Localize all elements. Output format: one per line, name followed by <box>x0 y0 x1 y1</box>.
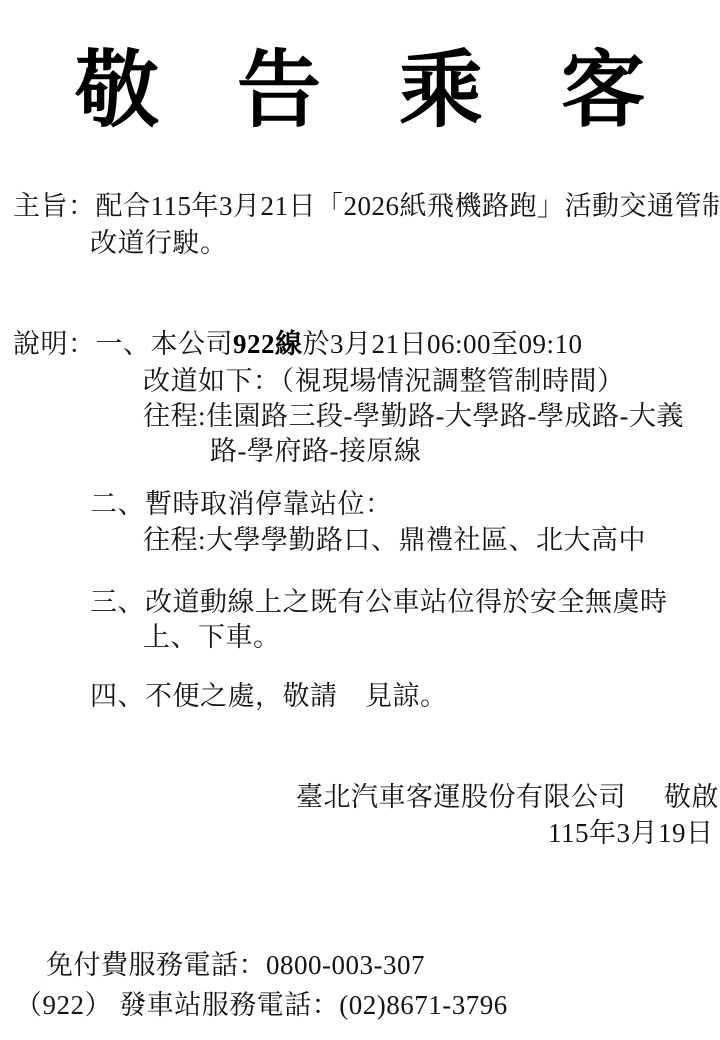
item-3-text: 改道動線上之既有公車站位得於安全無虞時 <box>145 587 668 617</box>
signature-spacer <box>626 782 664 813</box>
description-item-3-line-2: 上、下車。 <box>143 622 281 653</box>
item-3-text-continued: 上、下車。 <box>143 622 281 652</box>
detour-route-outbound-continued: 路-學府路-接原線 <box>210 436 421 466</box>
notice-date: 115年3月19日 <box>548 818 714 848</box>
toll-free-number: 0800-003-307 <box>266 950 425 980</box>
station-phone-number: (02)8671-3796 <box>339 990 507 1020</box>
description-item-1-line-3: 往程:佳園路三段-學勤路-大學路-學成路-大義 <box>143 401 684 432</box>
item-4-number: 四、 <box>90 681 145 711</box>
title-char-1: 敬 <box>75 50 159 134</box>
description-item-2-line-1: 二、暫時取消停靠站位： <box>90 489 393 520</box>
station-phone-line: （922） 發車站服務電話：(02)8671-3796 <box>15 990 508 1021</box>
item-1-number: 一、 <box>96 329 151 359</box>
route-number-bold: 922線 <box>233 329 303 359</box>
description-item-1-line-1: 說明：一、本公司922線於3月21日06:00至09:10 <box>13 329 583 360</box>
station-phone-label: （922） 發車站服務電話： <box>15 990 339 1020</box>
page-title: 敬 告 乘 客 <box>75 50 645 134</box>
detour-route-outbound: 往程:佳園路三段-學勤路-大學路-學成路-大義 <box>143 401 684 431</box>
subject-text: 配合115年3月21日「2026紙飛機路跑」活動交通管制 <box>96 191 720 221</box>
toll-free-phone-line: 免付費服務電話：0800-003-307 <box>46 950 425 981</box>
item-4-text: 不便之處，敬請 見諒。 <box>145 681 448 711</box>
cancelled-stops-outbound: 往程:大學學勤路口、鼎禮社區、北大高中 <box>143 525 646 555</box>
company-name: 臺北汽車客運股份有限公司 <box>296 782 626 813</box>
description-item-2-line-2: 往程:大學學勤路口、鼎禮社區、北大高中 <box>143 525 646 556</box>
description-item-1-line-2: 改道如下：（視現場情況調整管制時間） <box>143 366 625 397</box>
signature-company-line: 臺北汽車客運股份有限公司敬啟 <box>296 782 719 813</box>
subject-text-continued: 改道行駛。 <box>90 228 228 258</box>
description-item-4-line-1: 四、不便之處，敬請 見諒。 <box>90 681 448 712</box>
description-label: 說明： <box>13 329 96 359</box>
title-char-3: 乘 <box>399 50 483 134</box>
signature-closing: 敬啟 <box>664 782 719 813</box>
subject-line-2: 改道行駛。 <box>90 228 228 259</box>
description-item-1-line-4: 路-學府路-接原線 <box>210 436 421 467</box>
toll-free-label: 免付費服務電話： <box>46 950 266 980</box>
subject-label: 主旨： <box>13 191 96 221</box>
item-2-number: 二、 <box>90 489 145 519</box>
detour-note: 改道如下：（視現場情況調整管制時間） <box>143 366 625 396</box>
title-char-4: 客 <box>561 50 645 134</box>
item-1-text-prefix: 本公司 <box>151 329 234 359</box>
notice-sheet: 敬 告 乘 客 主旨：配合115年3月21日「2026紙飛機路跑」活動交通管制 … <box>0 0 720 1040</box>
item-2-text: 暫時取消停靠站位： <box>145 489 393 519</box>
item-3-number: 三、 <box>90 587 145 617</box>
signature-date-line: 115年3月19日 <box>548 818 714 849</box>
subject-line-1: 主旨：配合115年3月21日「2026紙飛機路跑」活動交通管制 <box>13 191 720 222</box>
title-char-2: 告 <box>237 50 321 134</box>
item-1-text-suffix: 於3月21日06:00至09:10 <box>303 329 583 359</box>
description-item-3-line-1: 三、改道動線上之既有公車站位得於安全無虞時 <box>90 587 668 618</box>
